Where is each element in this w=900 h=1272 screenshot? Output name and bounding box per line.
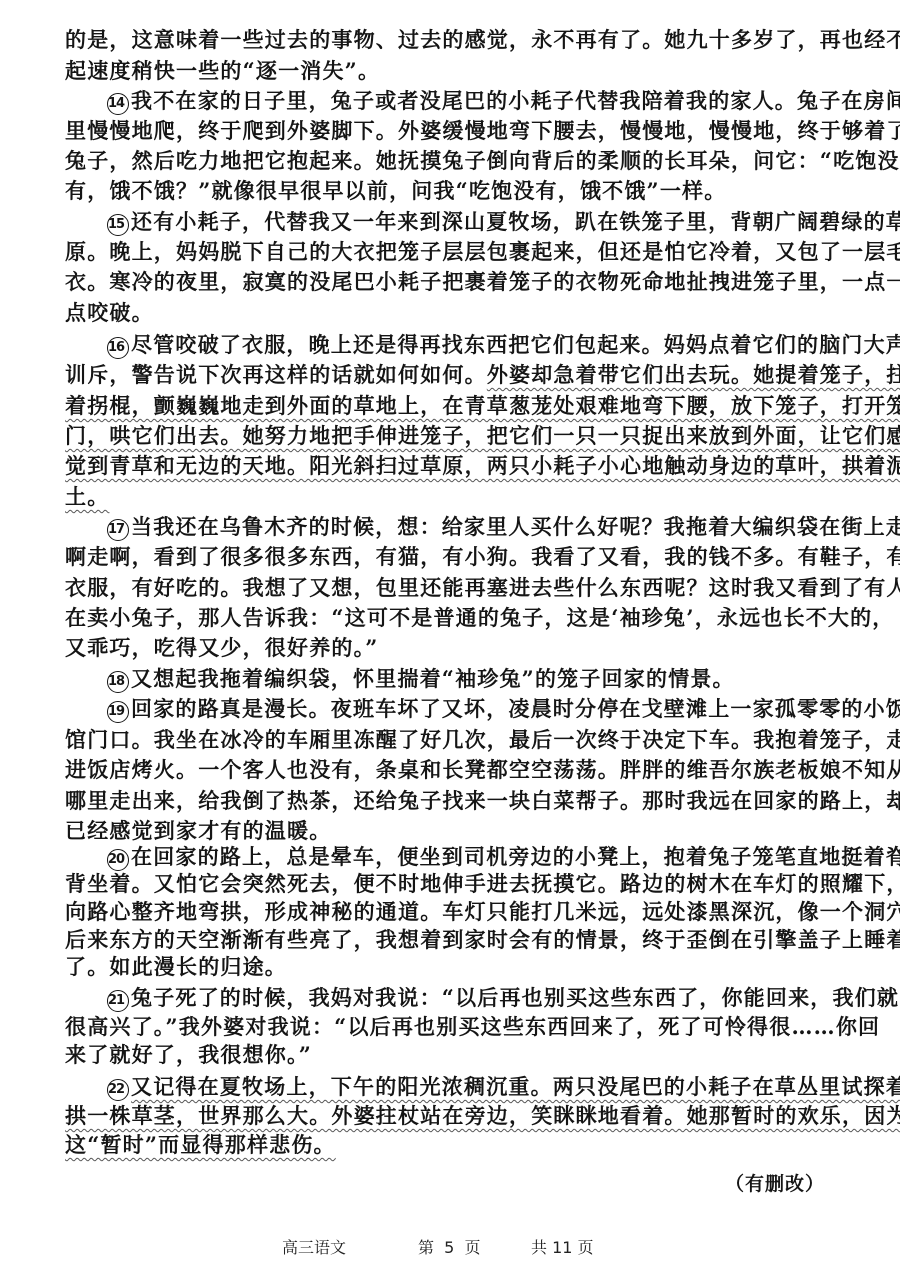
text-line: 里慢慢地爬，终于爬到外婆脚下。外婆缓慢地弯下腰去，慢慢地，慢慢地，终于够着了 — [65, 117, 835, 145]
wavy-underlined-text: 拱一株草茎，世界那么大。外婆拄杖站在旁边，笑眯眯地看着。她那暂时的欢乐，因为 — [65, 1103, 900, 1128]
text-line: 这“暂时”而显得那样悲伤。 — [65, 1131, 835, 1159]
paragraph-number-badge: 18 — [107, 671, 129, 693]
text-span: 在回家的路上，总是晕车，便坐到司机旁边的小凳上，抱着兔子笼笔直地挺着脊 — [131, 844, 900, 869]
footer-subject: 高三语文 — [282, 1235, 346, 1258]
wavy-underlined-text: 土。 — [65, 484, 109, 509]
text-span: 回家的路真是漫长。夜班车坏了又坏，凌晨时分停在戈壁滩上一家孤零零的小饭 — [131, 696, 900, 721]
text-span: 当我还在乌鲁木齐的时候，想：给家里人买什么好呢？我拖着大编织袋在街上走 — [131, 514, 900, 539]
paragraph-14-first-line: 14我不在家的日子里，兔子或者没尾巴的小耗子代替我陪着我的家人。兔子在房间 — [107, 87, 835, 115]
paragraph-17-first-line: 17当我还在乌鲁木齐的时候，想：给家里人买什么好呢？我拖着大编织袋在街上走 — [107, 513, 835, 541]
text-line: 了。如此漫长的归途。 — [65, 953, 835, 981]
text-span: 我不在家的日子里，兔子或者没尾巴的小耗子代替我陪着我的家人。兔子在房间 — [131, 88, 900, 113]
footer-page-number: 第 5 页 — [418, 1235, 481, 1258]
text-span: 还有小耗子，代替我又一年来到深山夏牧场，趴在铁笼子里，背朝广阔碧绿的草 — [131, 209, 900, 234]
wavy-underlined-text: 着拐棍，颤巍巍地走到外面的草地上，在青草葱茏处艰难地弯下腰，放下笼子，打开笼 — [65, 393, 900, 418]
wavy-underlined-text: 觉到青草和无边的天地。阳光斜扫过草原，两只小耗子小心地触动身边的草叶，拱着泥 — [65, 453, 900, 478]
paragraph-number-badge: 14 — [107, 93, 129, 115]
text-span: 尽管咬破了衣服，晚上还是得再找东西把它们包起来。妈妈点着它们的脑门大声 — [131, 332, 900, 357]
paragraph-22-first-line: 22又记得在夏牧场上，下午的阳光浓稠沉重。两只没尾巴的小耗子在草丛里试探着 — [107, 1073, 835, 1101]
text-line: 来了就好了，我很想你。” — [65, 1041, 835, 1069]
text-line: 后来东方的天空渐渐有些亮了，我想着到家时会有的情景，终于歪倒在引擎盖子上睡着 — [65, 926, 835, 954]
text-span: 训斥，警告说下次再这样的话就如何如何。 — [65, 362, 487, 387]
text-line: 的是，这意味着一些过去的事物、过去的感觉，永不再有了。她九十多岁了，再也经不 — [65, 26, 835, 54]
text-span: 兔子死了的时候，我妈对我说：“以后再也别买这些东西了，你能回来，我们就 — [131, 985, 899, 1010]
text-line: 觉到青草和无边的天地。阳光斜扫过草原，两只小耗子小心地触动身边的草叶，拱着泥 — [65, 452, 835, 480]
text-line: 门，哄它们出去。她努力地把手伸进笼子，把它们一只一只捉出来放到外面，让它们感 — [65, 422, 835, 450]
paragraph-number-badge: 22 — [107, 1079, 129, 1101]
text-line: 哪里走出来，给我倒了热茶，还给兔子找来一块白菜帮子。那时我远在回家的路上，却 — [65, 787, 835, 815]
text-line: 馆门口。我坐在冰冷的车厢里冻醒了好几次，最后一次终于决定下车。我抱着笼子，走 — [65, 726, 835, 754]
text-line: 土。 — [65, 483, 835, 511]
text-line: 衣服，有好吃的。我想了又想，包里还能再塞进去些什么东西呢？这时我又看到了有人 — [65, 574, 835, 602]
source-note: （有删改） — [725, 1169, 825, 1196]
paragraph-number-badge: 17 — [107, 519, 129, 541]
text-line: 向路心整齐地弯拱，形成神秘的通道。车灯只能打几米远，远处漆黑深沉，像一个洞穴。 — [65, 898, 835, 926]
text-line: 原。晚上，妈妈脱下自己的大衣把笼子层层包裹起来，但还是怕它冷着，又包了一层毛 — [65, 238, 835, 266]
paragraph-18-first-line: 18又想起我拖着编织袋，怀里揣着“袖珍兔”的笼子回家的情景。 — [107, 665, 835, 693]
paragraph-number-badge: 16 — [107, 337, 129, 359]
paragraph-number-badge: 15 — [107, 214, 129, 236]
text-line: 已经感觉到家才有的温暖。 — [65, 817, 835, 845]
text-line: 衣。寒冷的夜里，寂寞的没尾巴小耗子把裹着笼子的衣物死命地扯拽进笼子里，一点一 — [65, 268, 835, 296]
text-line: 进饭店烤火。一个客人也没有，条桌和长凳都空空荡荡。胖胖的维吾尔族老板娘不知从 — [65, 756, 835, 784]
text-line: 又乖巧，吃得又少，很好养的。” — [65, 634, 835, 662]
text-line: 训斥，警告说下次再这样的话就如何如何。外婆却急着带它们出去玩。她提着笼子，拄 — [65, 361, 835, 389]
paragraph-number-badge: 19 — [107, 701, 129, 723]
wavy-underlined-text: 门，哄它们出去。她努力地把手伸进笼子，把它们一只一只捉出来放到外面，让它们感 — [65, 423, 900, 448]
paragraph-number-badge: 20 — [107, 849, 129, 871]
text-line: 着拐棍，颤巍巍地走到外面的草地上，在青草葱茏处艰难地弯下腰，放下笼子，打开笼 — [65, 392, 835, 420]
text-line: 在卖小兔子，那人告诉我：“这可不是普通的兔子，这是‘袖珍兔’，永远也长不大的， — [65, 604, 835, 632]
text-span: 又想起我拖着编织袋，怀里揣着“袖珍兔”的笼子回家的情景。 — [131, 666, 735, 691]
paragraph-20-first-line: 20在回家的路上，总是晕车，便坐到司机旁边的小凳上，抱着兔子笼笔直地挺着脊 — [107, 843, 835, 871]
wavy-underlined-text: 外婆却急着带它们出去玩。她提着笼子，拄 — [487, 362, 900, 387]
paragraph-number-badge: 21 — [107, 990, 129, 1012]
paragraph-19-first-line: 19回家的路真是漫长。夜班车坏了又坏，凌晨时分停在戈壁滩上一家孤零零的小饭 — [107, 695, 835, 723]
text-line: 啊走啊，看到了很多很多东西，有猫，有小狗。我看了又看，我的钱不多。有鞋子，有 — [65, 543, 835, 571]
text-line: 点咬破。 — [65, 299, 835, 327]
footer-total-pages: 共 11 页 — [531, 1235, 594, 1258]
wavy-underlined-text: 这“暂时”而显得那样悲伤。 — [65, 1132, 336, 1157]
text-line: 很高兴了。”我外婆对我说：“以后再也别买这些东西回来了，死了可怜得很……你回 — [65, 1013, 835, 1041]
page-footer: 高三语文 第 5 页 共 11 页 — [0, 1235, 900, 1259]
wavy-underlined-text: 又记得在夏牧场上，下午的阳光浓稠沉重。两只没尾巴的小耗子在草丛里试探着 — [131, 1074, 900, 1099]
paragraph-16-first-line: 16尽管咬破了衣服，晚上还是得再找东西把它们包起来。妈妈点着它们的脑门大声 — [107, 331, 835, 359]
text-line: 背坐着。又怕它会突然死去，便不时地伸手进去抚摸它。路边的树木在车灯的照耀下， — [65, 870, 835, 898]
text-line: 兔子，然后吃力地把它抱起来。她抚摸兔子倒向背后的柔顺的长耳朵，问它：“吃饱没 — [65, 147, 835, 175]
text-line: 起速度稍快一些的“逐一消失”。 — [65, 57, 835, 85]
text-line: 有，饿不饿？”就像很早很早以前，问我“吃饱没有，饿不饿”一样。 — [65, 177, 835, 205]
text-line: 拱一株草茎，世界那么大。外婆拄杖站在旁边，笑眯眯地看着。她那暂时的欢乐，因为 — [65, 1102, 835, 1130]
paragraph-21-first-line: 21兔子死了的时候，我妈对我说：“以后再也别买这些东西了，你能回来，我们就 — [107, 984, 835, 1012]
paragraph-15-first-line: 15还有小耗子，代替我又一年来到深山夏牧场，趴在铁笼子里，背朝广阔碧绿的草 — [107, 208, 835, 236]
